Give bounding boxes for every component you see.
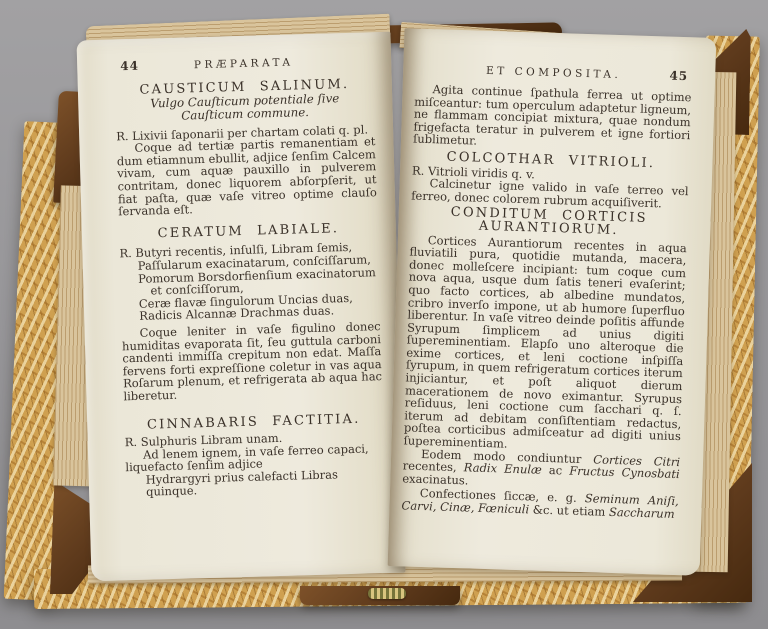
ceratum-directions: Coque leniter in vaſe figulino donec hum… — [122, 320, 383, 403]
conditum-directions: Cortices Aurantiorum recentes in aqua fl… — [403, 233, 687, 456]
title-ceratum-labiale: CERATUM LABIALE. — [119, 222, 378, 242]
causticum-directions: Coque ad tertiæ partis remanentiam et du… — [116, 135, 377, 218]
right-page-text: ET COMPOSITA. 45 Agita continue ſpathula… — [401, 63, 692, 521]
confectiones-text: &c. ut etiam — [529, 502, 609, 519]
eodem-italic-radix-enulae: Radix Enulæ — [464, 461, 542, 477]
eodem-text: ac — [542, 463, 570, 478]
right-page-number: 45 — [669, 70, 688, 83]
left-page-number: 44 — [120, 60, 139, 73]
left-running-header: 44 PRÆPARATA — [114, 54, 373, 76]
eodem-italic-fructus-cynosbati: Fructus Cynosbati — [569, 464, 680, 481]
leather-spine-tail — [300, 586, 460, 605]
left-page-text: 44 PRÆPARATA CAUSTICUM SALINUM. Vulgo Ca… — [114, 54, 385, 499]
eodem-text: exacinatus. — [402, 471, 469, 487]
left-running-title: PRÆPARATA — [114, 54, 373, 74]
book-photograph: 44 PRÆPARATA CAUSTICUM SALINUM. Vulgo Ca… — [0, 0, 768, 629]
spine-endband — [368, 588, 406, 599]
cinnabaris-dose-line: Hydrargyri prius calefacti Libras quinqu… — [126, 467, 386, 499]
right-running-title: ET COMPOSITA. — [415, 63, 692, 84]
agita-paragraph: Agita continue ſpathula ferrea ut optime… — [413, 83, 692, 155]
right-page: ET COMPOSITA. 45 Agita continue ſpathula… — [388, 28, 717, 576]
left-page: 44 PRÆPARATA CAUSTICUM SALINUM. Vulgo Ca… — [77, 32, 406, 582]
confectiones-italic-saccharum: Saccharum — [609, 505, 675, 521]
